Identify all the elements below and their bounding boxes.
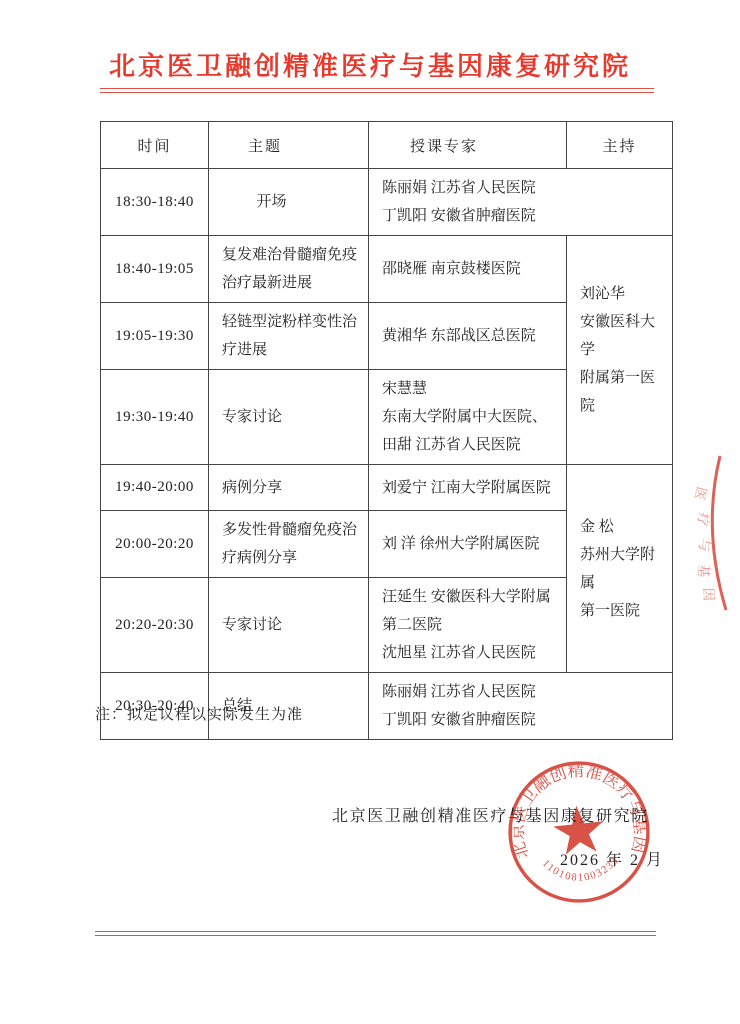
cell-host: 刘沁华 安徽医科大学 附属第一医院 (567, 236, 673, 465)
table-row: 19:40-20:00 病例分享 刘爱宁 江南大学附属医院 金 松 苏州大学附属… (101, 465, 673, 511)
cell-time: 18:30-18:40 (101, 169, 209, 236)
cell-experts: 黄湘华 东部战区总医院 (369, 303, 567, 370)
cell-topic: 专家讨论 (209, 578, 369, 673)
cell-experts: 宋慧慧 东南大学附属中大医院、 田甜 江苏省人民医院 (369, 370, 567, 465)
document-title: 北京医卫融创精准医疗与基因康复研究院 (0, 46, 740, 83)
cell-topic: 复发难治骨髓瘤免疫 治疗最新进展 (209, 236, 369, 303)
edge-seal-fragment: 医 疗 与 基 因 (680, 448, 740, 618)
cell-host: 金 松 苏州大学附属 第一医院 (567, 465, 673, 673)
cell-experts: 汪延生 安徽医科大学附属 第二医院 沈旭星 江苏省人民医院 (369, 578, 567, 673)
header-cell-experts: 授课专家 (369, 122, 567, 169)
cell-time: 20:20-20:30 (101, 578, 209, 673)
cell-experts: 陈丽娟 江苏省人民医院 丁凯阳 安徽省肿瘤医院 (369, 169, 673, 236)
cell-experts: 刘 洋 徐州大学附属医院 (369, 511, 567, 578)
cell-time: 19:30-19:40 (101, 370, 209, 465)
cell-time: 20:00-20:20 (101, 511, 209, 578)
edge-seal-char: 因 (701, 588, 716, 602)
header-cell-topic: 主题 (209, 122, 369, 169)
cell-experts: 刘爱宁 江南大学附属医院 (369, 465, 567, 511)
footer-note: 注：拟定议程以实际发生为准 (95, 703, 303, 724)
official-seal: 北京医卫融创精准医疗与基因康复研究院 1101081003233 (495, 748, 662, 915)
title-divider-rule (100, 88, 654, 93)
seal-star-icon (551, 803, 606, 856)
edge-seal-char: 基 (696, 564, 712, 578)
header-cell-time: 时间 (101, 122, 209, 169)
cell-topic: 多发性骨髓瘤免疫治 疗病例分享 (209, 511, 369, 578)
seal-number: 1101081003233 (539, 851, 623, 888)
edge-seal-char: 与 (696, 538, 713, 553)
cell-experts: 邵晓雁 南京鼓楼医院 (369, 236, 567, 303)
table-header-row: 时间 主题 授课专家 主持 (101, 122, 673, 169)
cell-topic: 专家讨论 (209, 370, 369, 465)
cell-topic: 病例分享 (209, 465, 369, 511)
cell-time: 18:40-19:05 (101, 236, 209, 303)
edge-seal-char: 医 (692, 485, 710, 501)
footer-divider-rule (95, 931, 656, 936)
cell-topic: 轻链型淀粉样变性治 疗进展 (209, 303, 369, 370)
cell-experts: 陈丽娟 江苏省人民医院 丁凯阳 安徽省肿瘤医院 (369, 673, 673, 740)
table-row: 18:30-18:40 开场 陈丽娟 江苏省人民医院 丁凯阳 安徽省肿瘤医院 (101, 169, 673, 236)
cell-time: 19:05-19:30 (101, 303, 209, 370)
table-row: 18:40-19:05 复发难治骨髓瘤免疫 治疗最新进展 邵晓雁 南京鼓楼医院 … (101, 236, 673, 303)
seal-ring-text: 北京医卫融创精准医疗与基因康复研究院 (495, 748, 652, 870)
cell-time: 19:40-20:00 (101, 465, 209, 511)
agenda-table: 时间 主题 授课专家 主持 18:30-18:40 开场 陈丽娟 江苏省人民医院… (100, 121, 673, 740)
cell-topic: 开场 (209, 169, 369, 236)
edge-seal-char: 疗 (694, 511, 711, 527)
header-cell-host: 主持 (567, 122, 673, 169)
document-page: 北京医卫融创精准医疗与基因康复研究院 时间 主题 授课专家 主持 18:30-1… (0, 0, 740, 1024)
